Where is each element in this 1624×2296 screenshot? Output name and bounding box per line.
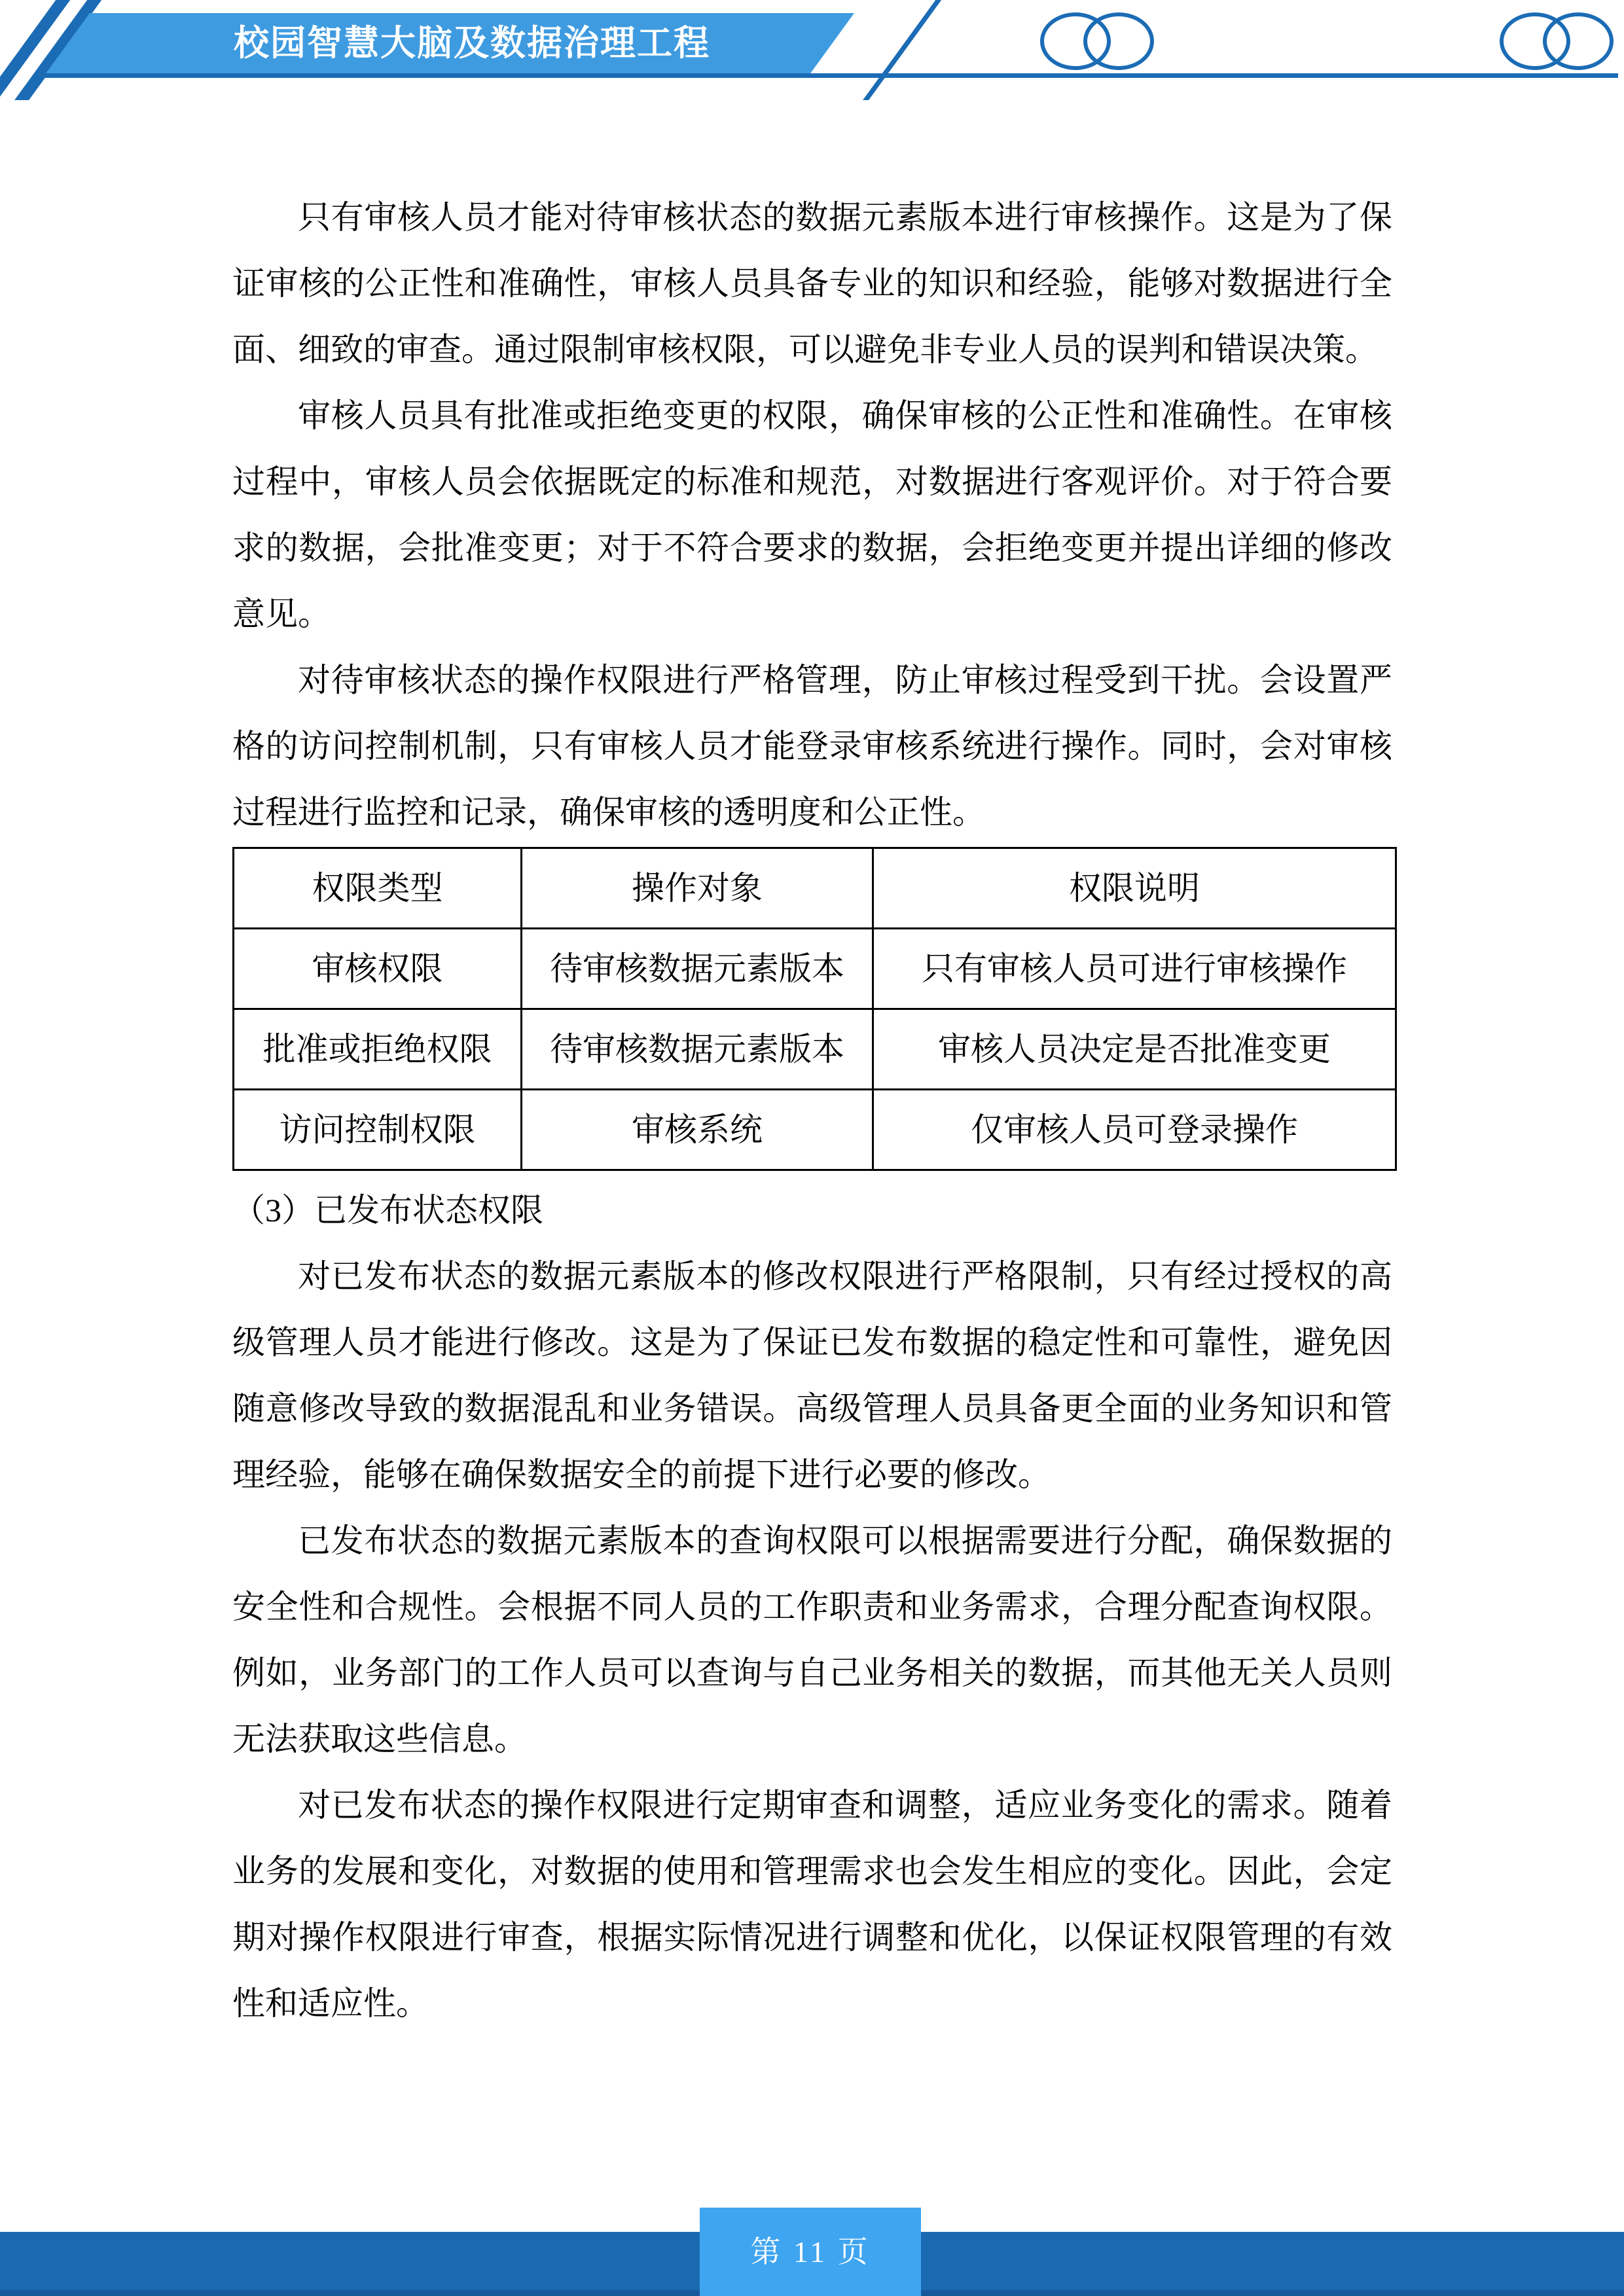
document-body: 只有审核人员才能对待审核状态的数据元素版本进行审核操作。这是为了保证审核的公正性…	[232, 185, 1392, 2037]
ring-icon	[1543, 12, 1614, 70]
body-paragraph: 对已发布状态的操作权限进行定期审查和调整，适应业务变化的需求。随着业务的发展和变…	[232, 1772, 1392, 2037]
section-heading: （3）已发布状态权限	[232, 1177, 1392, 1244]
header-title: 校园智慧大脑及数据治理工程	[90, 13, 854, 73]
interlocking-rings-icon	[1500, 12, 1614, 70]
table-cell: 只有审核人员可进行审核操作	[873, 929, 1396, 1009]
table-cell: 待审核数据元素版本	[522, 1009, 873, 1090]
table-row: 审核权限 待审核数据元素版本 只有审核人员可进行审核操作	[234, 929, 1396, 1009]
table-cell: 批准或拒绝权限	[234, 1009, 522, 1090]
permissions-table: 权限类型 操作对象 权限说明 审核权限 待审核数据元素版本 只有审核人员可进行审…	[232, 847, 1397, 1171]
body-paragraph: 对待审核状态的操作权限进行严格管理，防止审核过程受到干扰。会设置严格的访问控制机…	[232, 647, 1392, 846]
table-row: 访问控制权限 审核系统 仅审核人员可登录操作	[234, 1090, 1396, 1170]
table-cell: 审核人员决定是否批准变更	[873, 1009, 1396, 1090]
document-page: 校园智慧大脑及数据治理工程 只有审核人员才能对待审核状态的数据元素版本进行审核操…	[0, 0, 1624, 2296]
page-number-label: 第 11 页	[750, 2235, 870, 2269]
body-paragraph: 只有审核人员才能对待审核状态的数据元素版本进行审核操作。这是为了保证审核的公正性…	[232, 185, 1392, 383]
table-cell: 审核权限	[234, 929, 522, 1009]
table-cell: 访问控制权限	[234, 1090, 522, 1170]
table-cell: 仅审核人员可登录操作	[873, 1090, 1396, 1170]
page-number-badge: 第 11 页	[700, 2208, 921, 2296]
table-row: 批准或拒绝权限 待审核数据元素版本 审核人员决定是否批准变更	[234, 1009, 1396, 1090]
diagonal-stripe-icon	[863, 0, 947, 100]
table-header-cell: 操作对象	[522, 848, 873, 929]
table-header-cell: 权限类型	[234, 848, 522, 929]
body-paragraph: 已发布状态的数据元素版本的查询权限可以根据需要进行分配，确保数据的安全性和合规性…	[232, 1508, 1392, 1772]
body-paragraph: 对已发布状态的数据元素版本的修改权限进行严格限制，只有经过授权的高级管理人员才能…	[232, 1244, 1392, 1508]
ring-icon	[1083, 12, 1154, 70]
header-rule	[38, 73, 1618, 78]
table-cell: 审核系统	[522, 1090, 873, 1170]
body-paragraph: 审核人员具有批准或拒绝变更的权限，确保审核的公正性和准确性。在审核过程中，审核人…	[232, 383, 1392, 647]
table-header-cell: 权限说明	[873, 848, 1396, 929]
table-header-row: 权限类型 操作对象 权限说明	[234, 848, 1396, 929]
interlocking-rings-icon	[1040, 12, 1154, 70]
table-cell: 待审核数据元素版本	[522, 929, 873, 1009]
